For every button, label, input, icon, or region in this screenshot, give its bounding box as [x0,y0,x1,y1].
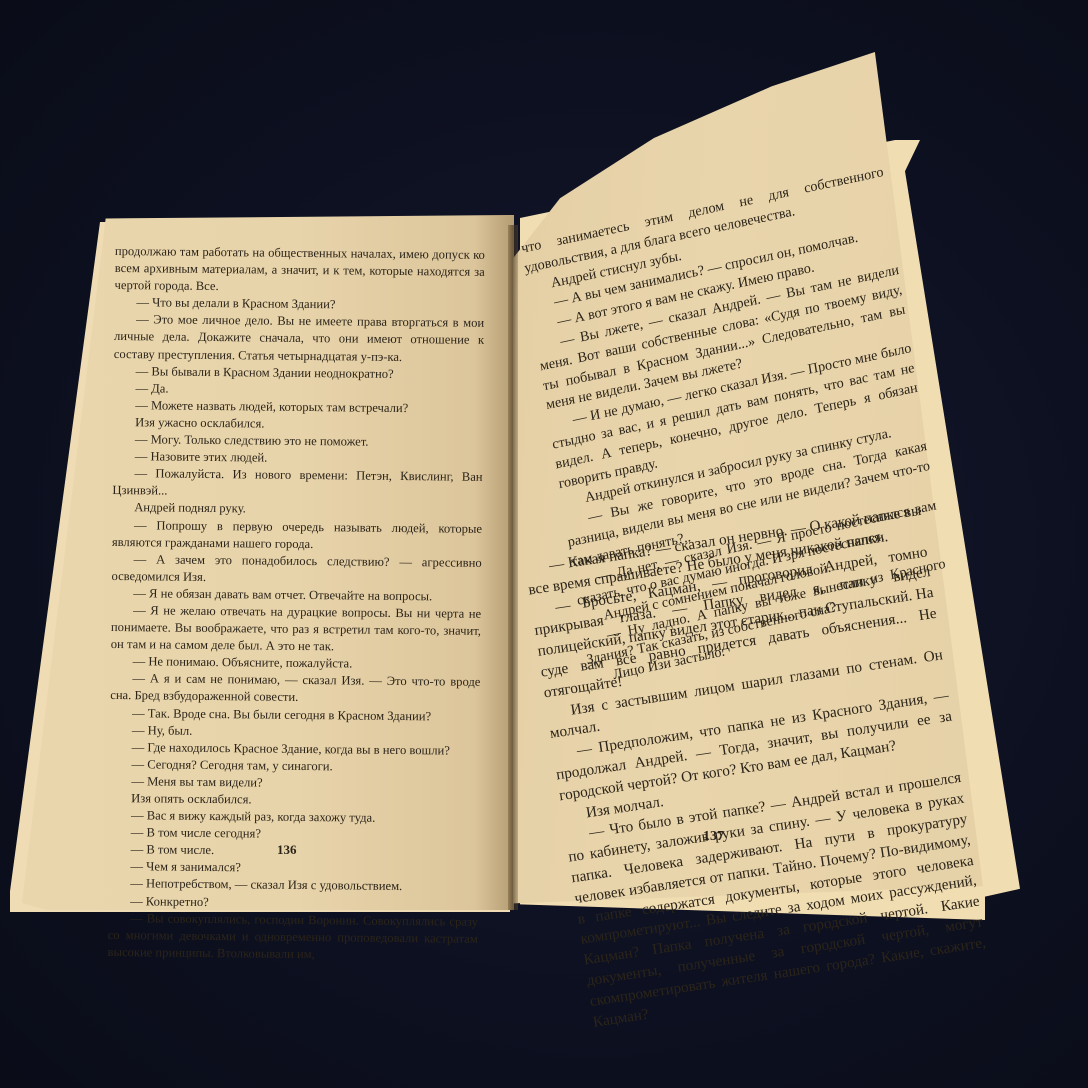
paragraph: — Это мое личное дело. Вы не имеете прав… [114,311,485,366]
right-page-text-lower: — Какая папка? — сказал он нервно. — О к… [524,501,990,1033]
book-spine-gutter [508,225,518,910]
paragraph: — А зачем это понадобилось следствию? — … [111,551,481,589]
paragraph: — Вы совокуплялись, господин Воронин. Со… [107,910,478,965]
paragraph: — Я не желаю отвечать на дурацкие вопрос… [111,602,482,657]
paragraph: — Пожалуйста. Из нового времени: Петэн, … [112,465,482,503]
paragraph: продолжаю там работать на общественных н… [114,243,485,298]
left-page-number: 136 [277,842,297,858]
paragraph: — А я и сам не понимаю, — сказал Изя. — … [110,670,480,708]
paragraph: — Попрошу в первую очередь называть люде… [112,516,482,554]
right-page-number: 137 [703,829,724,845]
